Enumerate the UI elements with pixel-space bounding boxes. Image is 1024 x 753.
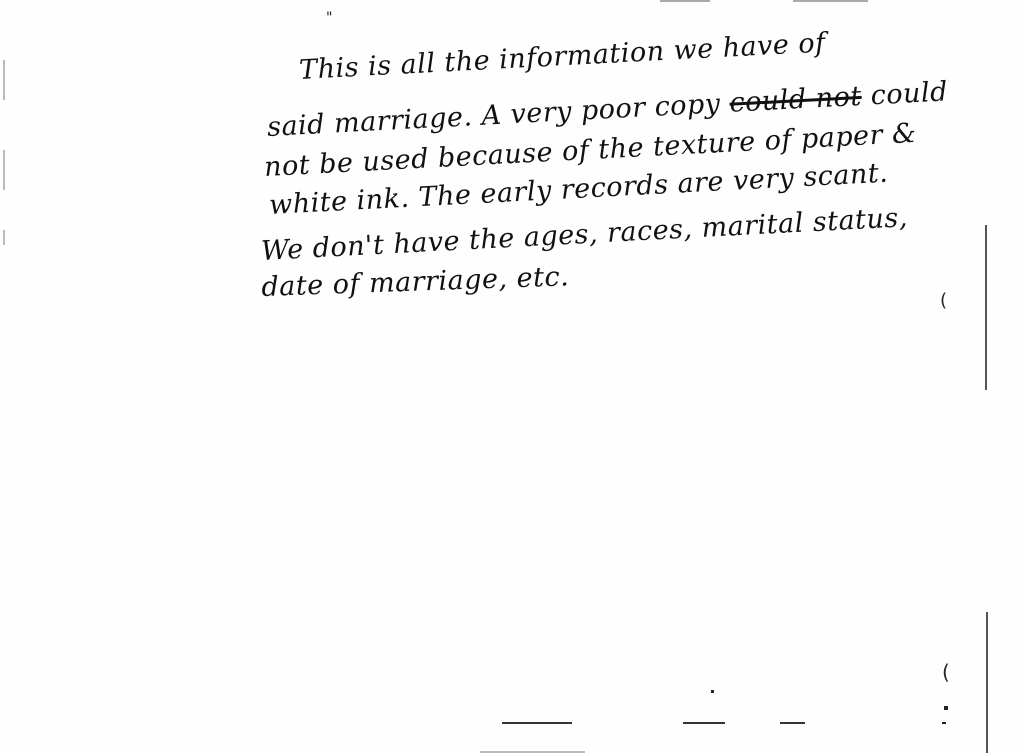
dot-2 xyxy=(944,706,948,710)
scanned-page: " This is all the information we have of… xyxy=(0,0,1024,753)
bottom-smudge-1 xyxy=(502,722,572,724)
top-edge-shadow-2 xyxy=(793,0,868,2)
margin-paren-1: ( xyxy=(940,290,947,311)
struck-text: could not xyxy=(729,81,863,119)
right-edge-line-lower xyxy=(986,612,988,753)
handwritten-line-1: This is all the information we have of xyxy=(298,27,826,86)
line-2-end: could xyxy=(870,76,949,111)
bottom-smudge-3 xyxy=(780,722,805,724)
left-edge-marks xyxy=(3,60,5,100)
right-edge-line-upper xyxy=(985,225,987,390)
top-edge-shadow xyxy=(660,0,710,2)
handwritten-line-6: date of marriage, etc. xyxy=(261,261,570,303)
left-edge-marks-3 xyxy=(3,230,5,245)
margin-paren-2: ( xyxy=(942,660,950,684)
dot-1 xyxy=(711,690,714,693)
bottom-smudge-2 xyxy=(683,722,725,724)
quote-mark: " xyxy=(326,10,332,26)
dot-3 xyxy=(942,722,946,724)
left-edge-marks-2 xyxy=(3,150,5,190)
